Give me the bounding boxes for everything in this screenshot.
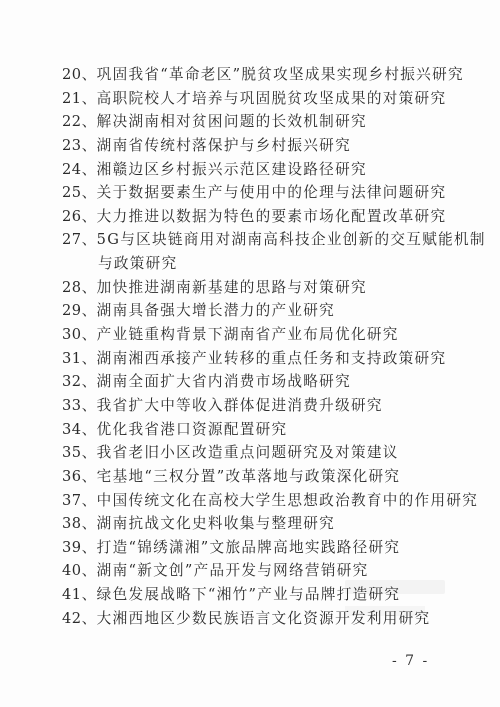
list-item: 29、湖南具备强大增长潜力的产业研究 bbox=[62, 299, 482, 323]
list-item: 37、中国传统文化在高校大学生思想政治教育中的作用研究 bbox=[62, 489, 482, 513]
list-item: 33、我省扩大中等收入群体促进消费升级研究 bbox=[62, 394, 482, 418]
list-item: 35、我省老旧小区改造重点问题研究及对策建议 bbox=[62, 441, 482, 465]
topic-list: 20、巩固我省“革命老区”脱贫攻坚成果实现乡村振兴研究 21、高职院校人才培养与… bbox=[62, 63, 482, 630]
list-item: 34、优化我省港口资源配置研究 bbox=[62, 418, 482, 442]
list-item: 26、大力推进以数据为特色的要素市场化配置改革研究 bbox=[62, 205, 482, 229]
list-item: 41、绿色发展战略下“湘竹”产业与品牌打造研究 bbox=[62, 583, 482, 607]
page-number: - 7 - bbox=[392, 653, 429, 669]
list-item-continuation: 与政策研究 bbox=[62, 252, 482, 276]
list-item: 22、解决湖南相对贫困问题的长效机制研究 bbox=[62, 110, 482, 134]
list-item: 32、湖南全面扩大省内消费市场战略研究 bbox=[62, 370, 482, 394]
list-item: 36、宅基地“三权分置”改革落地与政策深化研究 bbox=[62, 465, 482, 489]
document-page: 20、巩固我省“革命老区”脱贫攻坚成果实现乡村振兴研究 21、高职院校人才培养与… bbox=[0, 0, 500, 707]
list-item: 42、大湘西地区少数民族语言文化资源开发利用研究 bbox=[62, 607, 482, 631]
list-item: 24、湘赣边区乡村振兴示范区建设路径研究 bbox=[62, 158, 482, 182]
list-item: 31、湖南湘西承接产业转移的重点任务和支持政策研究 bbox=[62, 347, 482, 371]
list-item: 30、产业链重构背景下湖南省产业布局优化研究 bbox=[62, 323, 482, 347]
list-item: 27、5G与区块链商用对湖南高科技企业创新的交互赋能机制 bbox=[62, 228, 482, 252]
list-item: 38、湖南抗战文化史料收集与整理研究 bbox=[62, 512, 482, 536]
list-item: 20、巩固我省“革命老区”脱贫攻坚成果实现乡村振兴研究 bbox=[62, 63, 482, 87]
list-item: 21、高职院校人才培养与巩固脱贫攻坚成果的对策研究 bbox=[62, 87, 482, 111]
list-item: 25、关于数据要素生产与使用中的伦理与法律问题研究 bbox=[62, 181, 482, 205]
list-item: 28、加快推进湖南新基建的思路与对策研究 bbox=[62, 276, 482, 300]
list-item: 23、湖南省传统村落保护与乡村振兴研究 bbox=[62, 134, 482, 158]
list-item: 40、湖南“新文创”产品开发与网络营销研究 bbox=[62, 559, 482, 583]
list-item: 39、打造“锦绣潇湘”文旅品牌高地实践路径研究 bbox=[62, 536, 482, 560]
